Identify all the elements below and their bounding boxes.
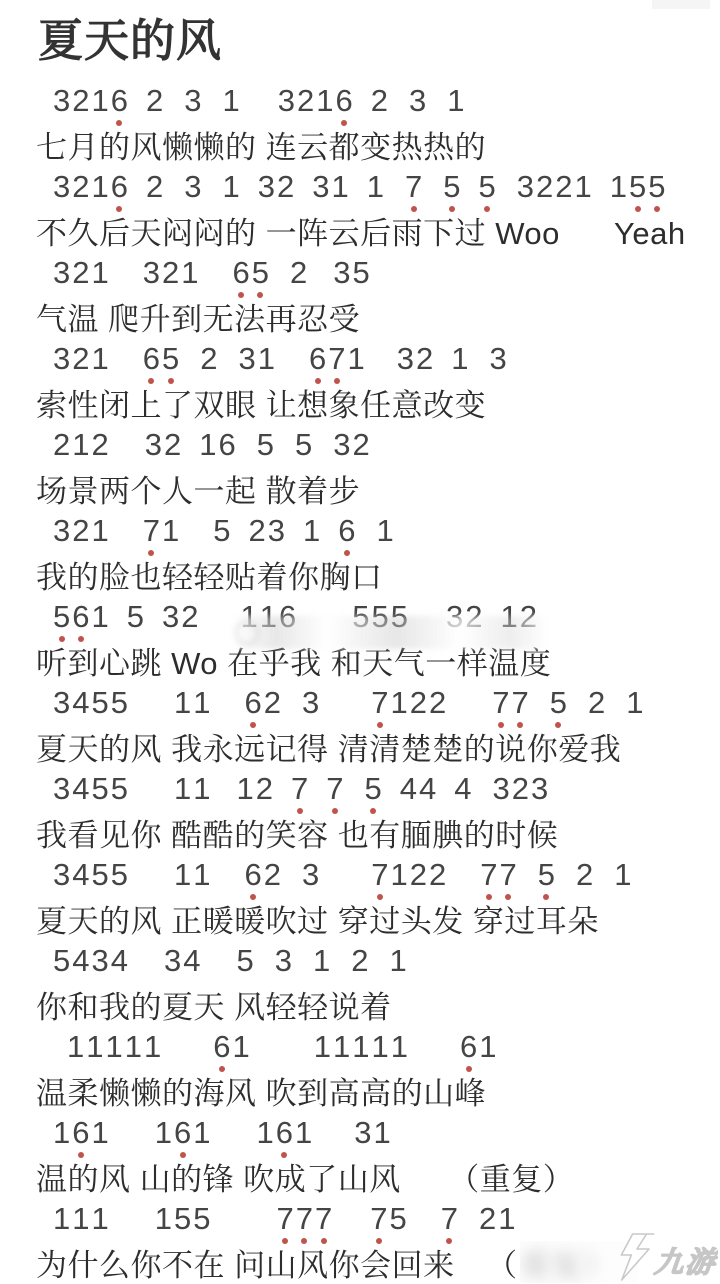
note-digit: 2 [519,599,538,635]
note-group: 231 [145,83,241,119]
low-octave-dot [370,808,376,814]
top-right-faint-bar [652,0,710,9]
note-digit: 1 [256,1115,275,1151]
low-octave-dot [257,292,263,298]
note-gap [370,943,389,979]
note-digit: 2 [163,427,182,463]
note-gap [385,169,404,205]
note-digit: 1 [91,169,110,205]
note-digit: 2 [276,169,295,205]
note-digit: 6 [459,1029,478,1065]
note-digit: 5 [442,169,461,205]
note-group: 11 [173,771,212,807]
note-group: 321 [52,341,110,377]
note-digit: 2 [535,169,554,205]
note-digit: 3 [311,169,330,205]
low-octave-dot [498,722,504,728]
score-line-pair: 345511623712277521夏天的风 我永远记得 清清楚楚的说你爱我 [0,682,720,768]
note-group: 35 [332,255,371,291]
note-digit: 6 [212,1029,231,1065]
lyric-line: 七月的风懒懒的 连云都变热热的 [0,123,720,166]
note-digit: 1 [373,1115,392,1151]
low-octave-dot [116,206,122,212]
note-group: 77521 [479,857,632,893]
note-gap [180,341,199,377]
note-gap [389,83,408,119]
note-group: 231 [370,83,466,119]
note-digit: 2 [145,169,164,205]
note-digit: 3 [277,83,296,119]
notation-line: 321652316713213 [0,338,720,381]
low-octave-dot [376,1238,382,1244]
low-octave-dot [505,894,511,900]
low-octave-dot [332,808,338,814]
note-group: 5 [126,599,145,635]
note-digit: 6 [218,427,237,463]
note-group: 671 [308,341,366,377]
low-octave-dot [297,808,303,814]
note-group: 32 [445,599,484,635]
note-digit: 1 [315,83,334,119]
note-digit: 3 [274,943,293,979]
low-octave-dot [148,550,154,556]
note-digit: 5 [256,427,275,463]
note-group: 161 [154,1115,212,1151]
note-digit: 1 [105,1029,124,1065]
note-digit: 1 [192,771,211,807]
note-digit: 2 [71,513,90,549]
lyric-text: 气温 爬升到无法再忍受 [36,294,360,339]
note-digit: 2 [511,771,530,807]
note-gap [427,83,446,119]
score-line-pair: 11111611111161温柔懒懒的海风 吹到高高的山峰 [0,1026,720,1112]
low-octave-dot [148,378,154,384]
low-octave-dot [238,292,244,298]
note-gap [282,685,301,721]
note-group: 13 [450,341,508,377]
note-gap [219,341,238,377]
note-digit: 7 [491,685,510,721]
note-digit: 7 [314,1201,333,1237]
lyric-line: 不久后天闷闷的 一阵云后雨下过 Woo Yeah [0,209,720,252]
note-digit: 3 [332,427,351,463]
note-gap [164,169,183,205]
note-digit: 1 [366,169,385,205]
note-digit: 2 [296,83,315,119]
lyric-text: 索性闭上了双眼 让想象任意改变 [36,380,486,425]
note-digit: 2 [352,427,371,463]
note-digit: 1 [180,255,199,291]
note-digit: 2 [428,857,447,893]
note-group: 11111 [66,1029,162,1065]
note-digit: 1 [613,857,632,893]
note-group: 7122 [370,685,447,721]
note-digit: 1 [446,83,465,119]
note-digit: 2 [161,255,180,291]
note-digit: 1 [91,83,110,119]
note-group: 11 [173,685,212,721]
note-digit: 3 [332,255,351,291]
note-digit: 5 [389,1201,408,1237]
note-digit: 3 [183,169,202,205]
note-digit: 5 [628,169,647,205]
note-gap [270,255,289,291]
note-digit: 1 [222,169,241,205]
note-digit: 1 [52,1115,71,1151]
low-octave-dot [116,120,122,126]
low-octave-dot [543,894,549,900]
notation-line: 11115577775721 [0,1198,720,1241]
note-digit: 3 [301,685,320,721]
note-digit: 1 [294,1115,313,1151]
note-gap [568,685,587,721]
note-digit: 2 [409,685,428,721]
note-digit: 3 [238,341,257,377]
note-digit: 1 [91,255,110,291]
lyric-text: 你和我的夏天 风轻轻说着 [36,982,392,1027]
note-digit: 2 [145,83,164,119]
note-gap [164,83,183,119]
numbered-notation-score: 32162313216231七月的风懒懒的 连云都变热热的32162313231… [0,80,720,1284]
low-octave-dot [78,1152,84,1158]
score-line-pair: 16116116131温的风 山的锋 吹成了山风 （重复） [0,1112,720,1198]
note-group: 77521 [491,685,644,721]
lyric-text: 夏天的风 我永远记得 清清楚楚的说你爱我 [36,724,621,769]
note-digit: 1 [124,1029,143,1065]
note-digit: 2 [464,599,483,635]
note-digit: 5 [52,943,71,979]
note-digit: 1 [390,857,409,893]
note-digit: 2 [289,255,308,291]
note-group: 32 [396,341,435,377]
note-group: 321 [52,255,110,291]
low-octave-dot [282,1238,288,1244]
note-digit: 6 [71,599,90,635]
note-group: 61 [337,513,395,549]
notation-line: 32162313216231 [0,80,720,123]
low-octave-dot [334,378,340,384]
note-group: 61 [459,1029,498,1065]
lyric-text: 温的风 山的锋 吹成了山风 （重复） [36,1154,574,1199]
note-group: 3216 [52,83,129,119]
note-digit: 1 [500,599,519,635]
note-digit: 1 [173,685,192,721]
note-digit: 3 [267,513,286,549]
note-group: 721 [440,1201,517,1237]
note-digit: 5 [212,513,231,549]
note-digit: 7 [290,771,309,807]
note-group: 4323 [453,771,549,807]
jiuyou-logo-icon: 九游 [618,1230,718,1284]
note-digit: 7 [479,857,498,893]
note-gap [497,169,516,205]
note-digit: 5 [173,1201,192,1237]
note-group: 31 [353,1115,392,1151]
note-group: 5 [212,513,231,549]
notation-line: 32171523161 [0,510,720,553]
note-group: 155 [609,169,667,205]
note-group: 3216 [52,169,129,205]
note-digit: 2 [263,685,282,721]
low-octave-dot [59,636,65,642]
note-digit: 4 [399,771,418,807]
low-octave-dot [344,550,350,556]
lyric-line: 听到心跳 Wo 在乎我 和天气一样温度 [0,639,720,682]
lyric-line: 你和我的夏天 风轻轻说着 [0,983,720,1026]
note-digit: 1 [625,685,644,721]
note-digit: 2 [199,341,218,377]
note-gap [470,341,489,377]
low-octave-dot [446,1238,452,1244]
lyric-line: 索性闭上了双眼 让想象任意改变 [0,381,720,424]
note-digit: 1 [332,1029,351,1065]
note-digit: 7 [370,685,389,721]
score-line-pair: 34551112775444323我看见你 酷酷的笑容 也有腼腆的时候 [0,768,720,854]
note-digit: 1 [71,427,90,463]
score-line-pair: 32162313216231七月的风懒懒的 连云都变热热的 [0,80,720,166]
note-group: 53121 [236,943,408,979]
note-digit: 4 [418,771,437,807]
note-group: 65231 [142,341,276,377]
note-digit: 3 [52,169,71,205]
note-group: 777 [276,1201,334,1237]
lyric-line: 场景两个人一起 散着步 [0,467,720,510]
note-group: 321 [142,255,200,291]
song-title: 夏天的风 [38,16,720,66]
score-line-pair: 21232165532场景两个人一起 散着步 [0,424,720,510]
note-digit: 1 [161,513,180,549]
note-digit: 6 [308,341,327,377]
note-digit: 7 [276,1201,295,1237]
note-digit: 4 [182,943,201,979]
note-group: 32 [257,169,296,205]
low-octave-dot [180,1152,186,1158]
note-digit: 2 [370,83,389,119]
note-digit: 3 [445,599,464,635]
note-group: 321 [52,513,110,549]
note-digit: 5 [110,685,129,721]
note-digit: 5 [549,685,568,721]
note-group: 111 [52,1201,110,1237]
note-digit: 1 [52,1201,71,1237]
score-line-pair: 32171523161我的脸也轻轻贴着你胸口 [0,510,720,596]
score-line-pair: 321652316713213索性闭上了双眼 让想象任意改变 [0,338,720,424]
note-digit: 5 [251,255,270,291]
low-octave-dot [281,1152,287,1158]
lyric-text: 夏天的风 正暖暖吹过 穿过头发 穿过耳朵 [36,896,599,941]
note-gap [473,771,492,807]
note-digit: 5 [91,771,110,807]
low-octave-dot [377,722,383,728]
note-digit: 2 [71,341,90,377]
low-octave-dot [301,1238,307,1244]
low-octave-dot [654,206,660,212]
note-digit: 2 [71,83,90,119]
lyric-text: 为什么你不在 问山风你会回来 [36,1240,486,1284]
note-group: 32 [144,427,183,463]
score-line-pair: 345511623712277521夏天的风 正暖暖吹过 穿过头发 穿过耳朵 [0,854,720,940]
note-group: 75 [325,771,383,807]
note-group: 161 [52,1115,110,1151]
note-digit: 4 [71,857,90,893]
note-digit: 7 [499,857,518,893]
note-digit: 2 [71,255,90,291]
lyric-line: 温的风 山的锋 吹成了山风 （重复） [0,1155,720,1198]
lyric-line: 我看见你 酷酷的笑容 也有腼腆的时候 [0,811,720,854]
note-group: 75 [369,1201,408,1237]
note-digit: 1 [331,169,350,205]
note-digit: 2 [71,169,90,205]
note-digit: 5 [192,1201,211,1237]
note-group: 12 [236,771,275,807]
lyric-line: 我的脸也轻轻贴着你胸口 [0,553,720,596]
note-digit: 2 [91,427,110,463]
paren-open: （ [486,1240,518,1284]
jiuyou-logo-text: 九游 [653,1247,718,1279]
note-digit: 1 [259,599,278,635]
note-digit: 1 [371,1029,390,1065]
note-digit: 3 [396,341,415,377]
note-digit: 1 [71,1201,90,1237]
lyric-line: 为什么你不在 问山风你会回来 （重复） [0,1241,720,1284]
note-digit: 1 [450,341,469,377]
note-group: 71 [142,513,181,549]
note-digit: 3 [52,857,71,893]
note-group: 652 [232,255,309,291]
note-digit: 5 [91,857,110,893]
low-octave-dot [377,894,383,900]
note-digit: 1 [192,1115,211,1151]
note-digit: 1 [574,169,593,205]
note-digit: 3 [52,255,71,291]
note-gap [203,83,222,119]
note-group: 11111 [313,1029,409,1065]
note-gap [237,427,256,463]
note-digit: 5 [371,599,390,635]
note-digit: 1 [390,1029,409,1065]
note-digit: 1 [192,857,211,893]
note-digit: 3 [489,341,508,377]
note-digit: 1 [91,599,110,635]
note-digit: 3 [257,169,276,205]
note-digit: 2 [248,513,267,549]
note-digit: 3 [353,1115,372,1151]
note-group: 231 [145,169,241,205]
note-digit: 1 [173,857,192,893]
note-digit: 1 [376,513,395,549]
lyric-line: 夏天的风 我永远记得 清清楚楚的说你爱我 [0,725,720,768]
score-line-pair: 5615321165553212听到心跳 Wo 在乎我 和天气一样温度 [0,596,720,682]
lyric-text: 七月的风懒懒的 连云都变热热的 [36,122,486,167]
note-gap [556,857,575,893]
note-gap [255,943,274,979]
note-digit: 1 [390,685,409,721]
note-digit: 1 [497,1201,516,1237]
low-octave-dot [449,206,455,212]
note-digit: 6 [278,599,297,635]
note-gap [331,943,350,979]
note-group: 5434 [52,943,129,979]
low-octave-dot [466,1066,472,1072]
note-group: 3455 [52,771,129,807]
note-digit: 2 [575,857,594,893]
note-digit: 1 [91,513,110,549]
note-digit: 2 [409,857,428,893]
note-digit: 5 [537,857,556,893]
note-digit: 1 [198,427,217,463]
note-group: 53221 [478,169,593,205]
note-digit: 6 [110,83,129,119]
note-digit: 1 [91,1115,110,1151]
low-octave-dot [486,894,492,900]
lyric-line: 夏天的风 正暖暖吹过 穿过头发 穿过耳朵 [0,897,720,940]
note-digit: 1 [91,341,110,377]
note-group: 12 [500,599,539,635]
note-digit: 5 [294,427,313,463]
note-digit: 5 [236,943,255,979]
notation-line: 32132165235 [0,252,720,295]
note-digit: 5 [351,599,370,635]
lyric-line: 气温 爬升到无法再忍受 [0,295,720,338]
low-octave-dot [635,206,641,212]
note-digit: 3 [408,83,427,119]
score-line-pair: 32132165235气温 爬升到无法再忍受 [0,252,720,338]
note-digit: 3 [530,771,549,807]
note-digit: 7 [369,1201,388,1237]
note-digit: 1 [91,1201,110,1237]
note-gap [530,685,549,721]
note-digit: 3 [52,83,71,119]
note-digit: 6 [173,1115,192,1151]
note-digit: 2 [263,857,282,893]
note-group: 623 [244,685,321,721]
note-group: 23 [248,513,287,549]
note-digit: 3 [144,427,163,463]
note-group: 32 [161,599,200,635]
notation-line: 3216231323117553221155 [0,166,720,209]
note-group: 11 [173,857,212,893]
note-digit: 6 [244,857,263,893]
note-gap [423,169,442,205]
note-digit: 1 [347,341,366,377]
notation-line: 54343453121 [0,940,720,983]
note-group: 555 [351,599,409,635]
note-group: 34 [163,943,202,979]
note-gap [282,857,301,893]
low-octave-dot [411,206,417,212]
low-octave-dot [484,206,490,212]
blurred-hidden-text: 重复） [520,1241,615,1283]
note-digit: 2 [478,1201,497,1237]
low-octave-dot [341,120,347,126]
note-digit: 2 [428,685,447,721]
note-digit: 2 [350,943,369,979]
note-group: 175 [366,169,462,205]
note-digit: 4 [110,943,129,979]
note-digit: 3 [301,857,320,893]
low-octave-dot [555,722,561,728]
low-octave-dot [250,894,256,900]
note-digit: 6 [335,83,354,119]
note-digit: 6 [110,169,129,205]
note-digit: 1 [609,169,628,205]
note-digit: 7 [327,341,346,377]
note-digit: 6 [275,1115,294,1151]
low-octave-dot [250,722,256,728]
note-digit: 3 [52,513,71,549]
note-digit: 3 [183,83,202,119]
note-digit: 1 [85,1029,104,1065]
